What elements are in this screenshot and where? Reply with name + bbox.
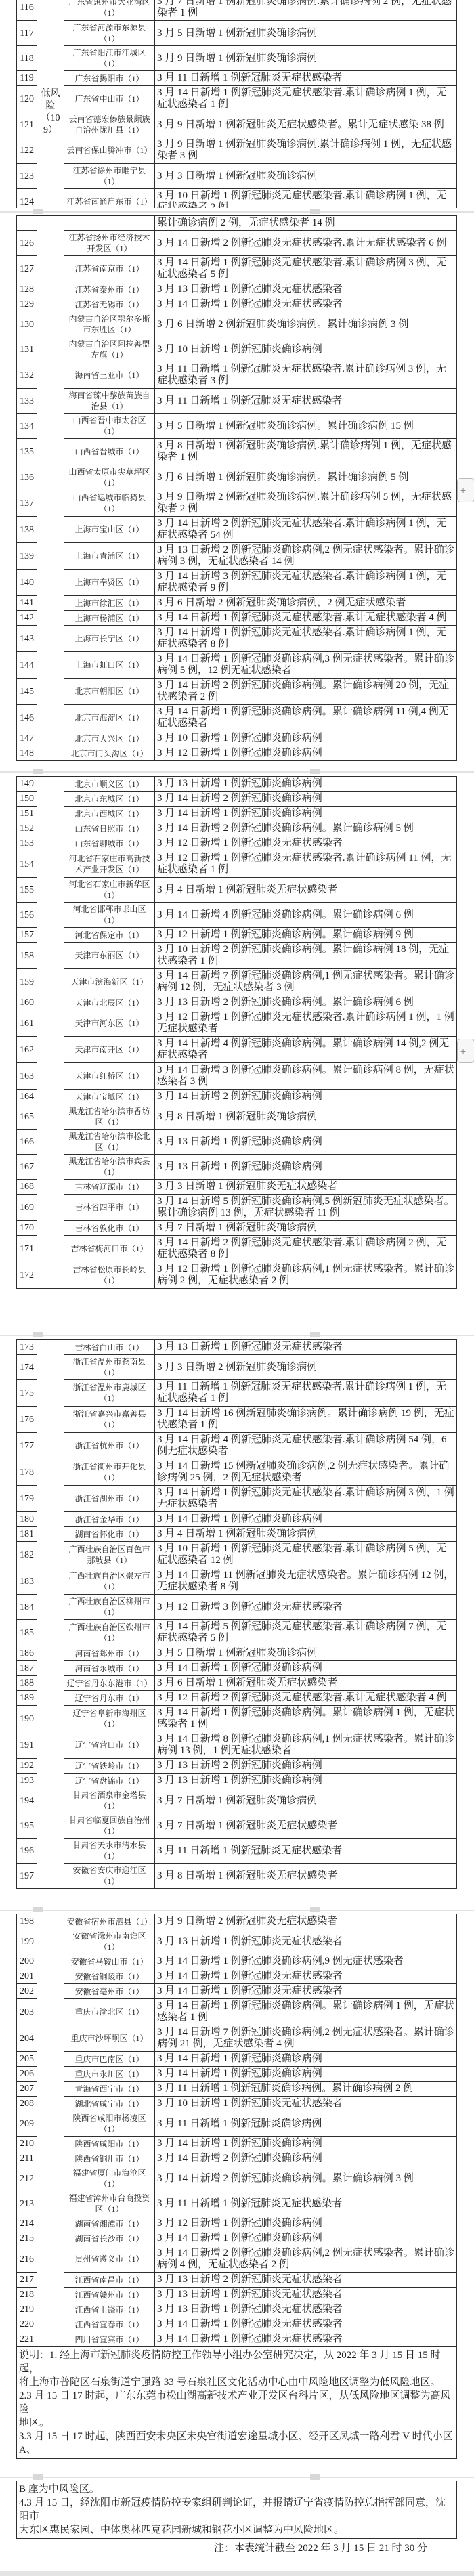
region-cell: 辽宁省丹东东港市（1） [64, 1676, 155, 1691]
region-cell: 浙江省金华市（1） [64, 1512, 155, 1527]
table-row: 211陕西省铜川市（1）3 月 14 日新增 2 例新冠肺炎确诊病例 [17, 2151, 457, 2166]
region-cell: 陕西省咸阳市杨凌区（1） [64, 2111, 155, 2137]
description-cell: 3 月 10 日新增 1 例新冠肺炎确诊病例 [155, 337, 457, 362]
row-number-cell: 166 [17, 1130, 37, 1155]
region-cell: 广东省河源市东源县（1） [64, 21, 155, 46]
description-cell: 3 月 10 日新增 1 例新冠肺炎无症状感染者.累计确诊病例 1 例，无症状感… [155, 189, 457, 209]
table-row: 185广西壮族自治区钦州市（1）3 月 14 日新增 5 例新冠肺炎无症状感染者… [17, 1620, 457, 1646]
row-number-cell: 173 [17, 1340, 37, 1355]
region-cell: 天津市红桥区（1） [64, 1063, 155, 1090]
table-row: 174浙江省温州市苍南县（1）3 月 3 日新增 2 例新冠肺炎确诊病例 [17, 1355, 457, 1380]
description-cell: 3 月 14 日新增 5 例新冠肺炎无症状感染者.累计确诊病例 7 例，无症状感… [155, 1620, 457, 1646]
table-row: 205重庆市巴南区（1）3 月 14 日新增 1 例新冠肺炎确诊病例 [17, 2052, 457, 2067]
description-cell: 3 月 11 日新增 1 例新冠肺炎无症状感染者.累计确诊病例 3 例，无症状感… [155, 362, 457, 389]
risk-level-cell [37, 1914, 64, 2347]
description-cell: 3 月 14 日新增 1 例新冠肺炎确诊病例 [155, 2137, 457, 2151]
note-line: 说明：1. 经上海市新冠肺炎疫情防控工作领导小组办公室研究决定，从 2022 年… [19, 2348, 454, 2376]
table-row: 197安徽省安庆市迎江区（1）3 月 8 日新增 1 例新冠肺炎无症状感染者 [17, 1864, 457, 1889]
row-number-cell: 215 [17, 2231, 37, 2246]
region-cell: 甘肃省酒泉市金塔县（1） [64, 1788, 155, 1813]
row-number-cell: 156 [17, 903, 37, 928]
page-divider-line [0, 1335, 474, 1336]
row-number-cell: 153 [17, 836, 37, 851]
region-cell: 吉林省敦化市（1） [64, 1221, 155, 1236]
table-row: 141上海市徐汇区（1）3 月 6 日新增 2 例新冠肺炎确诊病例，2 例无症状… [17, 596, 457, 611]
page-divider [0, 208, 474, 215]
row-number-cell: 179 [17, 1486, 37, 1512]
region-cell: 江西省赣州市（1） [64, 2288, 155, 2302]
region-cell: 广东省惠州市大亚湾区（1） [64, 0, 155, 21]
region-cell: 吉林省梅河口市（1） [64, 1236, 155, 1262]
row-number-cell [17, 216, 37, 231]
region-cell: 江苏省南京市（1） [64, 256, 155, 282]
description-cell: 3 月 14 日新增 2 例新冠肺炎确诊病例。累计确诊病例 5 例 [155, 821, 457, 836]
table-row: 196甘肃省天水市清水县（1）3 月 11 日新增 1 例新冠肺炎无症状感染者 [17, 1839, 457, 1864]
description-cell: 3 月 14 日新增 11 例新冠肺炎无症状感染者。累计确诊病例 12 例，无症… [155, 1568, 457, 1595]
region-cell: 福建省厦门市海沧区（1） [64, 2166, 155, 2191]
description-cell: 3 月 8 日新增 1 例新冠肺炎无症状感染者 [155, 1864, 457, 1889]
row-number-cell: 148 [17, 746, 37, 761]
region-cell: 甘肃省临夏回族自治州（1） [64, 1813, 155, 1839]
region-cell: 山东省日照市（1） [64, 821, 155, 836]
description-cell: 3 月 13 日新增 1 例新冠肺炎无症状感染者 [155, 1340, 457, 1355]
note-line: 将上海市普陀区石泉街道宁强路 33 号石泉社区文化活动中心由中风险地区调整为低风… [19, 2376, 454, 2389]
region-cell: 广东省揭阳市（1） [64, 71, 155, 86]
risk-area-table: B 座为中风险区。4.3 月 15 日，经沈阳市新冠疫情防控专家组研判论证，并报… [16, 2481, 457, 2539]
region-cell: 黑龙江省哈尔滨市松北区（1） [64, 1130, 155, 1155]
region-cell: 北京市东城区（1） [64, 792, 155, 807]
table-row: 143上海市长宁区（1）3 月 14 日新增 1 例新冠肺炎无症状感染者.累计确… [17, 626, 457, 652]
region-cell: 河北省石家庄市高新技术产业开发区（1） [64, 851, 155, 878]
table-row: 220江西省宜春市（1）3 月 14 日新增 1 例新冠肺炎无症状感染者 [17, 2317, 457, 2332]
description-cell: 3 月 7 日新增 1 例新冠肺炎确诊病例 [155, 1221, 457, 1236]
row-number-cell: 149 [17, 777, 37, 792]
row-number-cell: 196 [17, 1839, 37, 1864]
table-row: 118广东省阳江市江城区（1）3 月 9 日新增 1 例新冠肺炎确诊病例 [17, 46, 457, 71]
row-number-cell: 134 [17, 414, 37, 439]
table-row: 192辽宁省铁岭市（1）3 月 13 日新增 2 例新冠肺炎确诊病例 [17, 1759, 457, 1774]
row-number-cell: 185 [17, 1620, 37, 1646]
page-divider-line [0, 1910, 474, 1911]
row-number-cell: 172 [17, 1262, 37, 1289]
region-cell: 上海市奉贤区（1） [64, 570, 155, 596]
description-cell: 3 月 14 日新增 1 例新冠肺炎确诊病例。累计确诊病例 1 例，无症状感染者… [155, 1999, 457, 2025]
description-cell: 3 月 5 日新增 1 例新冠肺炎确诊病例 [155, 21, 457, 46]
region-cell: 江西省南昌市（1） [64, 2273, 155, 2288]
region-cell: 江苏省无锡市（1） [64, 297, 155, 312]
region-cell: 天津市宝坻区（1） [64, 1090, 155, 1104]
document-page-2: 累计确诊病例 2 例，无症状感染者 14 例126江苏省扬州市经济技术开发区（1… [0, 215, 474, 767]
document-page-1: 116低风险（109）广东省惠州市大亚湾区（1）3 月 7 日新增 1 例新冠肺… [0, 0, 474, 208]
description-cell: 3 月 3 日新增 2 例新冠肺炎确诊病例 [155, 1355, 457, 1380]
row-number-cell: 122 [17, 137, 37, 164]
description-cell: 3 月 14 日新增 2 例新冠肺炎确诊病例,2 例无症状感染者。累计确诊病例 … [155, 2246, 457, 2273]
description-cell: 3 月 13 日新增 1 例新冠肺炎无症状感染者 [155, 282, 457, 297]
table-row: 163天津市红桥区（1）3 月 14 日新增 3 例新冠肺炎确诊病例。累计确诊病… [17, 1063, 457, 1090]
notes-row: 说明：1. 经上海市新冠肺炎疫情防控工作领导小组办公室研究决定，从 2022 年… [17, 2347, 457, 2459]
description-cell: 3 月 9 日新增 1 例新冠肺炎确诊病例 [155, 46, 457, 71]
description-cell: 3 月 14 日新增 1 例新冠肺炎确诊病例 [155, 807, 457, 821]
table-row: 195甘肃省临夏回族自治州（1）3 月 7 日新增 1 例新冠肺炎无症状感染者 [17, 1813, 457, 1839]
description-cell: 3 月 14 日新增 1 例新冠肺炎确诊病例 [155, 2067, 457, 2082]
table-row: 133海南省琼中黎族苗族自治县（1）3 月 11 日新增 1 例新冠肺炎无症状感… [17, 389, 457, 414]
description-cell: 3 月 14 日新增 7 例新冠肺炎确诊病例,1 例无症状感染者。累计确诊病例 … [155, 969, 457, 995]
table-row: 180浙江省金华市（1）3 月 14 日新增 1 例新冠肺炎确诊病例 [17, 1512, 457, 1527]
region-cell: 天津市河东区（1） [64, 1010, 155, 1037]
table-row: 168吉林省辽源市（1）3 月 3 日新增 1 例新冠肺炎无症状感染者 [17, 1180, 457, 1195]
table-row: 135山西省晋城市（1）3 月 8 日新增 1 例新冠肺炎确诊病例.累计确诊病例… [17, 439, 457, 465]
description-cell: 3 月 6 日新增 2 例新冠肺炎确诊病例，2 例无症状感染者 [155, 596, 457, 611]
table-row: 203重庆市渝北区（1）3 月 14 日新增 1 例新冠肺炎确诊病例。累计确诊病… [17, 1999, 457, 2025]
row-number-cell: 167 [17, 1155, 37, 1180]
page-divider-notch [310, 1907, 320, 1912]
table-row: 182广西壮族自治区百色市那坡县（1）3 月 10 日新增 1 例新冠肺炎无症状… [17, 1542, 457, 1568]
region-cell: 江苏省徐州市睢宁县（1） [64, 164, 155, 189]
region-cell: 重庆市永川区（1） [64, 2067, 155, 2082]
row-number-cell: 158 [17, 943, 37, 969]
row-number-cell: 207 [17, 2082, 37, 2097]
row-number-cell: 139 [17, 543, 37, 570]
table-row: 200安徽省马鞍山市（1）3 月 14 日新增 1 例新冠肺炎确诊病例,9 例无… [17, 1954, 457, 1969]
table-row: 167黑龙江省哈尔滨市宾县（1）3 月 13 日新增 1 例新冠肺炎确诊病例 [17, 1155, 457, 1180]
table-row: 132海南省三亚市（1）3 月 11 日新增 1 例新冠肺炎无症状感染者.累计确… [17, 362, 457, 389]
description-cell: 3 月 12 日新增 1 例新冠肺炎无症状感染者 [155, 836, 457, 851]
description-cell: 3 月 14 日新增 4 例新冠肺炎确诊病例。累计确诊病例 6 例 [155, 903, 457, 928]
table-row: 172吉林省松原市长岭县（1）3 月 12 日新增 1 例新冠肺炎确诊病例,1 … [17, 1262, 457, 1289]
description-cell: 3 月 14 日新增 1 例新冠肺炎无症状感染者 [155, 1969, 457, 1984]
row-number-cell: 155 [17, 878, 37, 903]
region-cell: 云南省保山腾冲市（1） [64, 137, 155, 164]
row-number-cell: 146 [17, 705, 37, 731]
description-cell: 3 月 13 日新增 1 例新冠肺炎无症状感染者 [155, 2288, 457, 2302]
table-row: 165黑龙江省哈尔滨市香坊区（1）3 月 8 日新增 1 例新冠肺炎确诊病例 [17, 1104, 457, 1130]
row-number-cell: 119 [17, 71, 37, 86]
table-row: 117广东省河源市东源县（1）3 月 5 日新增 1 例新冠肺炎确诊病例 [17, 21, 457, 46]
row-number-cell: 201 [17, 1969, 37, 1984]
description-cell: 3 月 14 日新增 5 例新冠肺炎确诊病例,5 例新冠肺炎无症状感染者。累计确… [155, 1195, 457, 1221]
description-cell: 3 月 12 日新增 1 例新冠肺炎确诊病例,1 例无症状感染者。累计确诊病例 … [155, 1262, 457, 1289]
region-cell: 广东省阳江市江城区（1） [64, 46, 155, 71]
row-number-cell: 187 [17, 1661, 37, 1676]
row-number-cell: 197 [17, 1864, 37, 1889]
description-cell: 3 月 14 日新增 2 例新冠肺炎确诊病例 [155, 2151, 457, 2166]
region-cell: 辽宁省铁岭市（1） [64, 1759, 155, 1774]
region-cell: 上海市宝山区（1） [64, 517, 155, 543]
description-cell: 3 月 14 日新增 1 例新冠肺炎确诊病例,3 例无症状感染者。累计确诊病例 … [155, 652, 457, 679]
region-cell: 安徽省滁州市南谯区（1） [64, 1929, 155, 1954]
region-cell: 陕西省铜川市（1） [64, 2151, 155, 2166]
notes-row: B 座为中风险区。4.3 月 15 日，经沈阳市新冠疫情防控专家组研判论证，并报… [17, 2481, 457, 2539]
risk-level-cell: 低风险（109） [37, 0, 64, 208]
region-cell: 湖南省长沙市（1） [64, 2231, 155, 2246]
description-cell: 3 月 10 日新增 1 例新冠肺炎无症状感染者 [155, 2097, 457, 2111]
description-cell: 3 月 14 日新增 2 例新冠肺炎确诊病例。累计确诊病例 3 例 [155, 2166, 457, 2191]
row-number-cell: 221 [17, 2332, 37, 2347]
note-line: 大东区惠民家园、中体奥林匹克花园新城和钢花小区调整为中风险地区。 [19, 2523, 454, 2537]
region-cell: 湖南省湘潭市（1） [64, 2216, 155, 2231]
risk-area-table: 173吉林省白山市（1）3 月 13 日新增 1 例新冠肺炎无症状感染者174浙… [16, 1339, 457, 1889]
row-number-cell: 142 [17, 611, 37, 626]
description-cell: 3 月 12 日新增 1 例新冠肺炎确诊病例 [155, 2216, 457, 2231]
row-number-cell: 135 [17, 439, 37, 465]
region-cell: 福建省漳州市台商投资区（1） [64, 2191, 155, 2216]
table-row: 161天津市河东区（1）3 月 12 日新增 1 例新冠肺炎无症状感染者.累计确… [17, 1010, 457, 1037]
document-page-4: 173吉林省白山市（1）3 月 13 日新增 1 例新冠肺炎无症状感染者174浙… [0, 1339, 474, 1906]
risk-level-cell [37, 216, 64, 761]
description-cell: 3 月 14 日新增 1 例新冠肺炎确诊病例。累计确诊病例 11 例,4 例无症… [155, 705, 457, 731]
table-row: 139上海市青浦区（1）3 月 13 日新增 2 例新冠肺炎确诊病例,2 例无症… [17, 543, 457, 570]
row-number-cell: 131 [17, 337, 37, 362]
region-cell: 陕西省咸阳市（1） [64, 2137, 155, 2151]
row-number-cell: 212 [17, 2166, 37, 2191]
description-cell: 3 月 14 日新增 1 例新冠肺炎无症状感染者.累计确诊病例 3 例，1 例无… [155, 1486, 457, 1512]
region-cell: 山西省晋城市（1） [64, 439, 155, 465]
table-row: 130内蒙古自治区鄂尔多斯市东胜区（1）3 月 6 日新增 2 例新冠肺炎确诊病… [17, 312, 457, 337]
row-number-cell: 184 [17, 1595, 37, 1620]
table-row: 221四川省宜宾市（1）3 月 14 日新增 1 例新冠肺炎无症状感染者 [17, 2332, 457, 2347]
description-cell: 3 月 14 日新增 1 例新冠肺炎无症状感染者.累计确诊病例 1 例，无症状感… [155, 86, 457, 112]
row-number-cell: 183 [17, 1568, 37, 1595]
description-cell: 3 月 14 日新增 1 例新冠肺炎确诊病例 [155, 2052, 457, 2067]
region-cell: 天津市滨海新区（1） [64, 969, 155, 995]
table-row: 120广东省中山市（1）3 月 14 日新增 1 例新冠肺炎无症状感染者.累计确… [17, 86, 457, 112]
description-cell: 3 月 14 日新增 2 例新冠肺炎无症状感染者.累计确诊病例 1 例，无症状感… [155, 517, 457, 543]
row-number-cell: 202 [17, 1984, 37, 1999]
row-number-cell: 168 [17, 1180, 37, 1195]
region-cell: 北京市顺义区（1） [64, 777, 155, 792]
viewer-bottom-bar [0, 2571, 474, 2576]
table-row: 215湖南省长沙市（1）3 月 14 日新增 1 例新冠肺炎确诊病例 [17, 2231, 457, 2246]
description-cell: 3 月 14 日新增 1 例新冠肺炎确诊病例 [155, 1512, 457, 1527]
region-cell: 山西省太原市尖草坪区（1） [64, 465, 155, 490]
page-divider-notch [33, 1907, 43, 1912]
table-row: 121云南省德宏傣族景颇族自治州陇川县（1）3 月 9 日新增 1 例新冠肺炎无… [17, 112, 457, 137]
region-cell: 吉林省辽源市（1） [64, 1180, 155, 1195]
table-row: 149北京市顺义区（1）3 月 13 日新增 1 例新冠肺炎确诊病例 [17, 777, 457, 792]
table-row: 153山东省聊城市（1）3 月 12 日新增 1 例新冠肺炎无症状感染者 [17, 836, 457, 851]
table-row: 126江苏省扬州市经济技术开发区（1）3 月 14 日新增 2 例新冠肺炎无症状… [17, 231, 457, 256]
region-cell: 广西壮族自治区崇左市（1） [64, 1568, 155, 1595]
region-cell: 海南省三亚市（1） [64, 362, 155, 389]
description-cell: 3 月 10 日新增 2 例新冠肺炎确诊病例。累计确诊病例 18 例，无症状感染… [155, 943, 457, 969]
description-cell: 3 月 11 日新增 1 例新冠肺炎无症状感染者 [155, 2191, 457, 2216]
table-row: 198安徽省宿州市泗县（1）3 月 9 日新增 2 例新冠肺炎无症状感染者 [17, 1914, 457, 1929]
row-number-cell: 203 [17, 1999, 37, 2025]
description-cell: 3 月 12 日新增 3 例新冠肺炎无症状感染者 [155, 1595, 457, 1620]
description-cell: 3 月 7 日新增 1 例新冠肺炎确诊病例 [155, 1788, 457, 1813]
region-cell: 浙江省温州市鹿城区（1） [64, 1380, 155, 1407]
description-cell: 累计确诊病例 2 例，无症状感染者 14 例 [155, 216, 457, 231]
page-divider-notch [33, 209, 43, 214]
description-cell: 3 月 14 日新增 1 例新冠肺炎确诊病例 [155, 2231, 457, 2246]
table-row: 209陕西省咸阳市杨凌区（1）3 月 11 日新增 1 例新冠肺炎确诊病例 [17, 2111, 457, 2137]
row-number-cell: 133 [17, 389, 37, 414]
row-number-cell: 194 [17, 1788, 37, 1813]
row-number-cell: 150 [17, 792, 37, 807]
row-number-cell: 126 [17, 231, 37, 256]
description-cell: 3 月 14 日新增 1 例新冠肺炎确诊病例 [155, 1661, 457, 1676]
stats-cutoff-note: 注：本表统计截至 2022 年 3 月 15 日 21 时 30 分 [17, 2541, 456, 2555]
row-number-cell: 175 [17, 1380, 37, 1407]
risk-area-table: 116低风险（109）广东省惠州市大亚湾区（1）3 月 7 日新增 1 例新冠肺… [16, 0, 457, 208]
region-cell: 浙江省衢州市开化县（1） [64, 1459, 155, 1486]
region-cell: 吉林省白山市（1） [64, 1340, 155, 1355]
description-cell: 3 月 13 日新增 1 例新冠肺炎确诊病例 [155, 777, 457, 792]
row-number-cell: 199 [17, 1929, 37, 1954]
description-cell: 3 月 11 日新增 1 例新冠肺炎确诊病例 [155, 2111, 457, 2137]
region-cell: 北京市朝阳区（1） [64, 679, 155, 705]
table-row: 140上海市奉贤区（1）3 月 14 日新增 3 例新冠肺炎无症状感染者.累计确… [17, 570, 457, 596]
note-line: 地区。 [19, 2416, 454, 2430]
table-row: 145北京市朝阳区（1）3 月 14 日新增 2 例新冠肺炎确诊病例。累计确诊病… [17, 679, 457, 705]
row-number-cell: 204 [17, 2025, 37, 2052]
row-number-cell: 205 [17, 2052, 37, 2067]
description-cell: 3 月 14 日新增 16 例新冠肺炎确诊病例。累计确诊病例 19 例，无症状感… [155, 1407, 457, 1433]
row-number-cell: 181 [17, 1527, 37, 1542]
table-row: 183广西壮族自治区崇左市（1）3 月 14 日新增 11 例新冠肺炎无症状感染… [17, 1568, 457, 1595]
table-row: 127江苏省南京市（1）3 月 14 日新增 1 例新冠肺炎无症状感染者.累计确… [17, 256, 457, 282]
description-cell: 3 月 14 日新增 1 例新冠肺炎确诊病例,9 例无症状感染者 [155, 1954, 457, 1969]
table-row: 137山西省运城市临猗县（1）3 月 9 日新增 2 例新冠肺炎确诊病例.累计确… [17, 490, 457, 517]
region-cell: 河北省保定市（1） [64, 928, 155, 943]
row-number-cell: 160 [17, 995, 37, 1010]
table-row: 176浙江省嘉兴市嘉善县（1）3 月 14 日新增 16 例新冠肺炎确诊病例。累… [17, 1407, 457, 1433]
row-number-cell: 128 [17, 282, 37, 297]
region-cell: 北京市门头沟区（1） [64, 746, 155, 761]
description-cell: 3 月 10 日新增 1 例新冠肺炎确诊病例 [155, 731, 457, 746]
description-cell: 3 月 14 日新增 1 例新冠肺炎无症状感染者 [155, 297, 457, 312]
region-cell: 四川省宜宾市（1） [64, 2332, 155, 2347]
zoom-in-button[interactable]: + [457, 478, 474, 502]
region-cell: 浙江省杭州市（1） [64, 1433, 155, 1459]
description-cell: 3 月 6 日新增 2 例新冠肺炎确诊病例。累计确诊病例 3 例 [155, 312, 457, 337]
table-row: 212福建省厦门市海沧区（1）3 月 14 日新增 2 例新冠肺炎确诊病例。累计… [17, 2166, 457, 2191]
description-cell: 3 月 12 日新增 1 例新冠肺炎确诊病例。累计确诊病例 9 例 [155, 928, 457, 943]
row-number-cell: 144 [17, 652, 37, 679]
region-cell: 黑龙江省哈尔滨市香坊区（1） [64, 1104, 155, 1130]
region-cell: 浙江省嘉兴市嘉善县（1） [64, 1407, 155, 1433]
description-cell: 3 月 5 日新增 1 例新冠肺炎确诊病例 [155, 1646, 457, 1661]
notes-cell: 说明：1. 经上海市新冠肺炎疫情防控工作领导小组办公室研究决定，从 2022 年… [17, 2347, 457, 2459]
description-cell: 3 月 14 日新增 2 例新冠肺炎确诊病例。累计确诊病例 20 例，无症状感染… [155, 679, 457, 705]
zoom-in-button[interactable]: + [457, 1039, 474, 1063]
table-row: 199安徽省滁州市南谯区（1）3 月 13 日新增 1 例新冠肺炎无症状感染者 [17, 1929, 457, 1954]
row-number-cell: 189 [17, 1691, 37, 1706]
description-cell: 3 月 4 日新增 1 例新冠肺炎无症状感染者 [155, 878, 457, 903]
risk-area-table: 149北京市顺义区（1）3 月 13 日新增 1 例新冠肺炎确诊病例150北京市… [16, 776, 457, 1289]
table-row: 122云南省保山腾冲市（1）3 月 9 日新增 1 例新冠肺炎确诊病例.累计确诊… [17, 137, 457, 164]
table-row: 188辽宁省丹东东港市（1）3 月 6 日新增 1 例新冠肺炎无症状感染者 [17, 1676, 457, 1691]
description-cell: 3 月 13 日新增 1 例新冠肺炎确诊病例 [155, 1774, 457, 1788]
table-row: 181湖南省怀化市（1）3 月 4 日新增 1 例新冠肺炎确诊病例 [17, 1527, 457, 1542]
region-cell: 重庆市沙坪坝区（1） [64, 2025, 155, 2052]
description-cell: 3 月 13 日新增 2 例新冠肺炎无症状感染者 [155, 2273, 457, 2288]
row-number-cell: 198 [17, 1914, 37, 1929]
table-row: 219江西省上饶市（1）3 月 13 日新增 1 例新冠肺炎无症状感染者 [17, 2302, 457, 2317]
row-number-cell: 217 [17, 2273, 37, 2288]
description-cell: 3 月 13 日新增 1 例新冠肺炎无症状感染者 [155, 2302, 457, 2317]
table-row: 166黑龙江省哈尔滨市松北区（1）3 月 13 日新增 1 例新冠肺炎确诊病例 [17, 1130, 457, 1155]
page-divider-notch [310, 1332, 320, 1337]
row-number-cell: 213 [17, 2191, 37, 2216]
row-number-cell: 136 [17, 465, 37, 490]
row-number-cell: 219 [17, 2302, 37, 2317]
description-cell: 3 月 13 日新增 2 例新冠肺炎确诊病例 [155, 1759, 457, 1774]
region-cell: 青海省西宁市（1） [64, 2082, 155, 2097]
document-page-5: 198安徽省宿州市泗县（1）3 月 9 日新增 2 例新冠肺炎无症状感染者199… [0, 1914, 474, 2475]
description-cell: 3 月 7 日新增 1 例新冠肺炎无症状感染者 [155, 1813, 457, 1839]
table-row: 204重庆市沙坪坝区（1）3 月 14 日新增 7 例新冠肺炎确诊病例,2 例无… [17, 2025, 457, 2052]
region-cell: 天津市东丽区（1） [64, 943, 155, 969]
row-number-cell: 176 [17, 1407, 37, 1433]
region-cell: 上海市长宁区（1） [64, 626, 155, 652]
table-row: 170吉林省敦化市（1）3 月 7 日新增 1 例新冠肺炎确诊病例 [17, 1221, 457, 1236]
row-number-cell: 147 [17, 731, 37, 746]
table-row: 129江苏省无锡市（1）3 月 14 日新增 1 例新冠肺炎无症状感染者 [17, 297, 457, 312]
table-row: 218江西省赣州市（1）3 月 13 日新增 1 例新冠肺炎无症状感染者 [17, 2288, 457, 2302]
risk-area-table: 198安徽省宿州市泗县（1）3 月 9 日新增 2 例新冠肺炎无症状感染者199… [16, 1914, 457, 2459]
region-cell: 贵州省遵义市（1） [64, 2246, 155, 2273]
description-cell: 3 月 12 日新增 2 例新冠肺炎无症状感染者.累计无症状感染者 4 例 [155, 1691, 457, 1706]
document-page-6: B 座为中风险区。4.3 月 15 日，经沈阳市新冠疫情防控专家组研判论证，并报… [0, 2481, 474, 2571]
table-row: 207青海省西宁市（1）3 月 11 日新增 1 例新冠肺炎确诊病例。累计确诊病… [17, 2082, 457, 2097]
page-divider [0, 1331, 474, 1339]
note-line: B 座为中风险区。 [19, 2483, 454, 2496]
row-number-cell: 129 [17, 297, 37, 312]
row-number-cell: 186 [17, 1646, 37, 1661]
table-row: 146北京市海淀区（1）3 月 14 日新增 1 例新冠肺炎确诊病例。累计确诊病… [17, 705, 457, 731]
description-cell: 3 月 3 日新增 1 例新冠肺炎确诊病例 [155, 164, 457, 189]
table-row: 151北京市西城区（1）3 月 14 日新增 1 例新冠肺炎确诊病例 [17, 807, 457, 821]
table-row: 213福建省漳州市台商投资区（1）3 月 11 日新增 1 例新冠肺炎无症状感染… [17, 2191, 457, 2216]
document-page-3: 149北京市顺义区（1）3 月 13 日新增 1 例新冠肺炎确诊病例150北京市… [0, 776, 474, 1331]
table-row: 123江苏省徐州市睢宁县（1）3 月 3 日新增 1 例新冠肺炎确诊病例 [17, 164, 457, 189]
region-cell: 天津市北辰区（1） [64, 995, 155, 1010]
table-row: 206重庆市永川区（1）3 月 14 日新增 1 例新冠肺炎确诊病例 [17, 2067, 457, 2082]
table-row: 162天津市南开区（1）3 月 14 日新增 4 例新冠肺炎确诊病例。累计确诊病… [17, 1037, 457, 1063]
row-number-cell: 124 [17, 189, 37, 209]
region-cell: 吉林省松原市长岭县（1） [64, 1262, 155, 1289]
page-divider-notch [33, 1332, 43, 1337]
table-row: 155河北省石家庄市新华区（1）3 月 4 日新增 1 例新冠肺炎无症状感染者 [17, 878, 457, 903]
page-divider-notch [33, 2474, 43, 2480]
row-number-cell: 216 [17, 2246, 37, 2273]
risk-level-cell [37, 1340, 64, 1889]
table-row: 116低风险（109）广东省惠州市大亚湾区（1）3 月 7 日新增 1 例新冠肺… [17, 0, 457, 21]
table-row: 173吉林省白山市（1）3 月 13 日新增 1 例新冠肺炎无症状感染者 [17, 1340, 457, 1355]
row-number-cell: 193 [17, 1774, 37, 1788]
row-number-cell: 130 [17, 312, 37, 337]
region-cell: 广西壮族自治区百色市那坡县（1） [64, 1542, 155, 1568]
description-cell: 3 月 6 日新增 1 例新冠肺炎无症状感染者 [155, 1676, 457, 1691]
page-divider [0, 2475, 474, 2481]
region-cell: 安徽省宿州市泗县（1） [64, 1914, 155, 1929]
row-number-cell: 161 [17, 1010, 37, 1037]
table-row: 193辽宁省盘锦市（1）3 月 13 日新增 1 例新冠肺炎确诊病例 [17, 1774, 457, 1788]
description-cell: 3 月 6 日新增 1 例新冠肺炎确诊病例。累计确诊病例 5 例 [155, 465, 457, 490]
page-divider-line [0, 2477, 474, 2478]
description-cell: 3 月 9 日新增 2 例新冠肺炎确诊病例.累计确诊病例 5 例，无症状感染者 … [155, 490, 457, 517]
page-divider [0, 1906, 474, 1914]
row-number-cell: 178 [17, 1459, 37, 1486]
row-number-cell: 210 [17, 2137, 37, 2151]
description-cell: 3 月 8 日新增 1 例新冠肺炎确诊病例 [155, 1104, 457, 1130]
description-cell: 3 月 11 日新增 1 例新冠肺炎无症状感染者 [155, 389, 457, 414]
region-cell: 海南省琼中黎族苗族自治县（1） [64, 389, 155, 414]
region-cell: 江苏省南通启东市（1） [64, 189, 155, 209]
row-number-cell: 206 [17, 2067, 37, 2082]
notes-cell: B 座为中风险区。4.3 月 15 日，经沈阳市新冠疫情防控专家组研判论证，并报… [17, 2481, 457, 2539]
